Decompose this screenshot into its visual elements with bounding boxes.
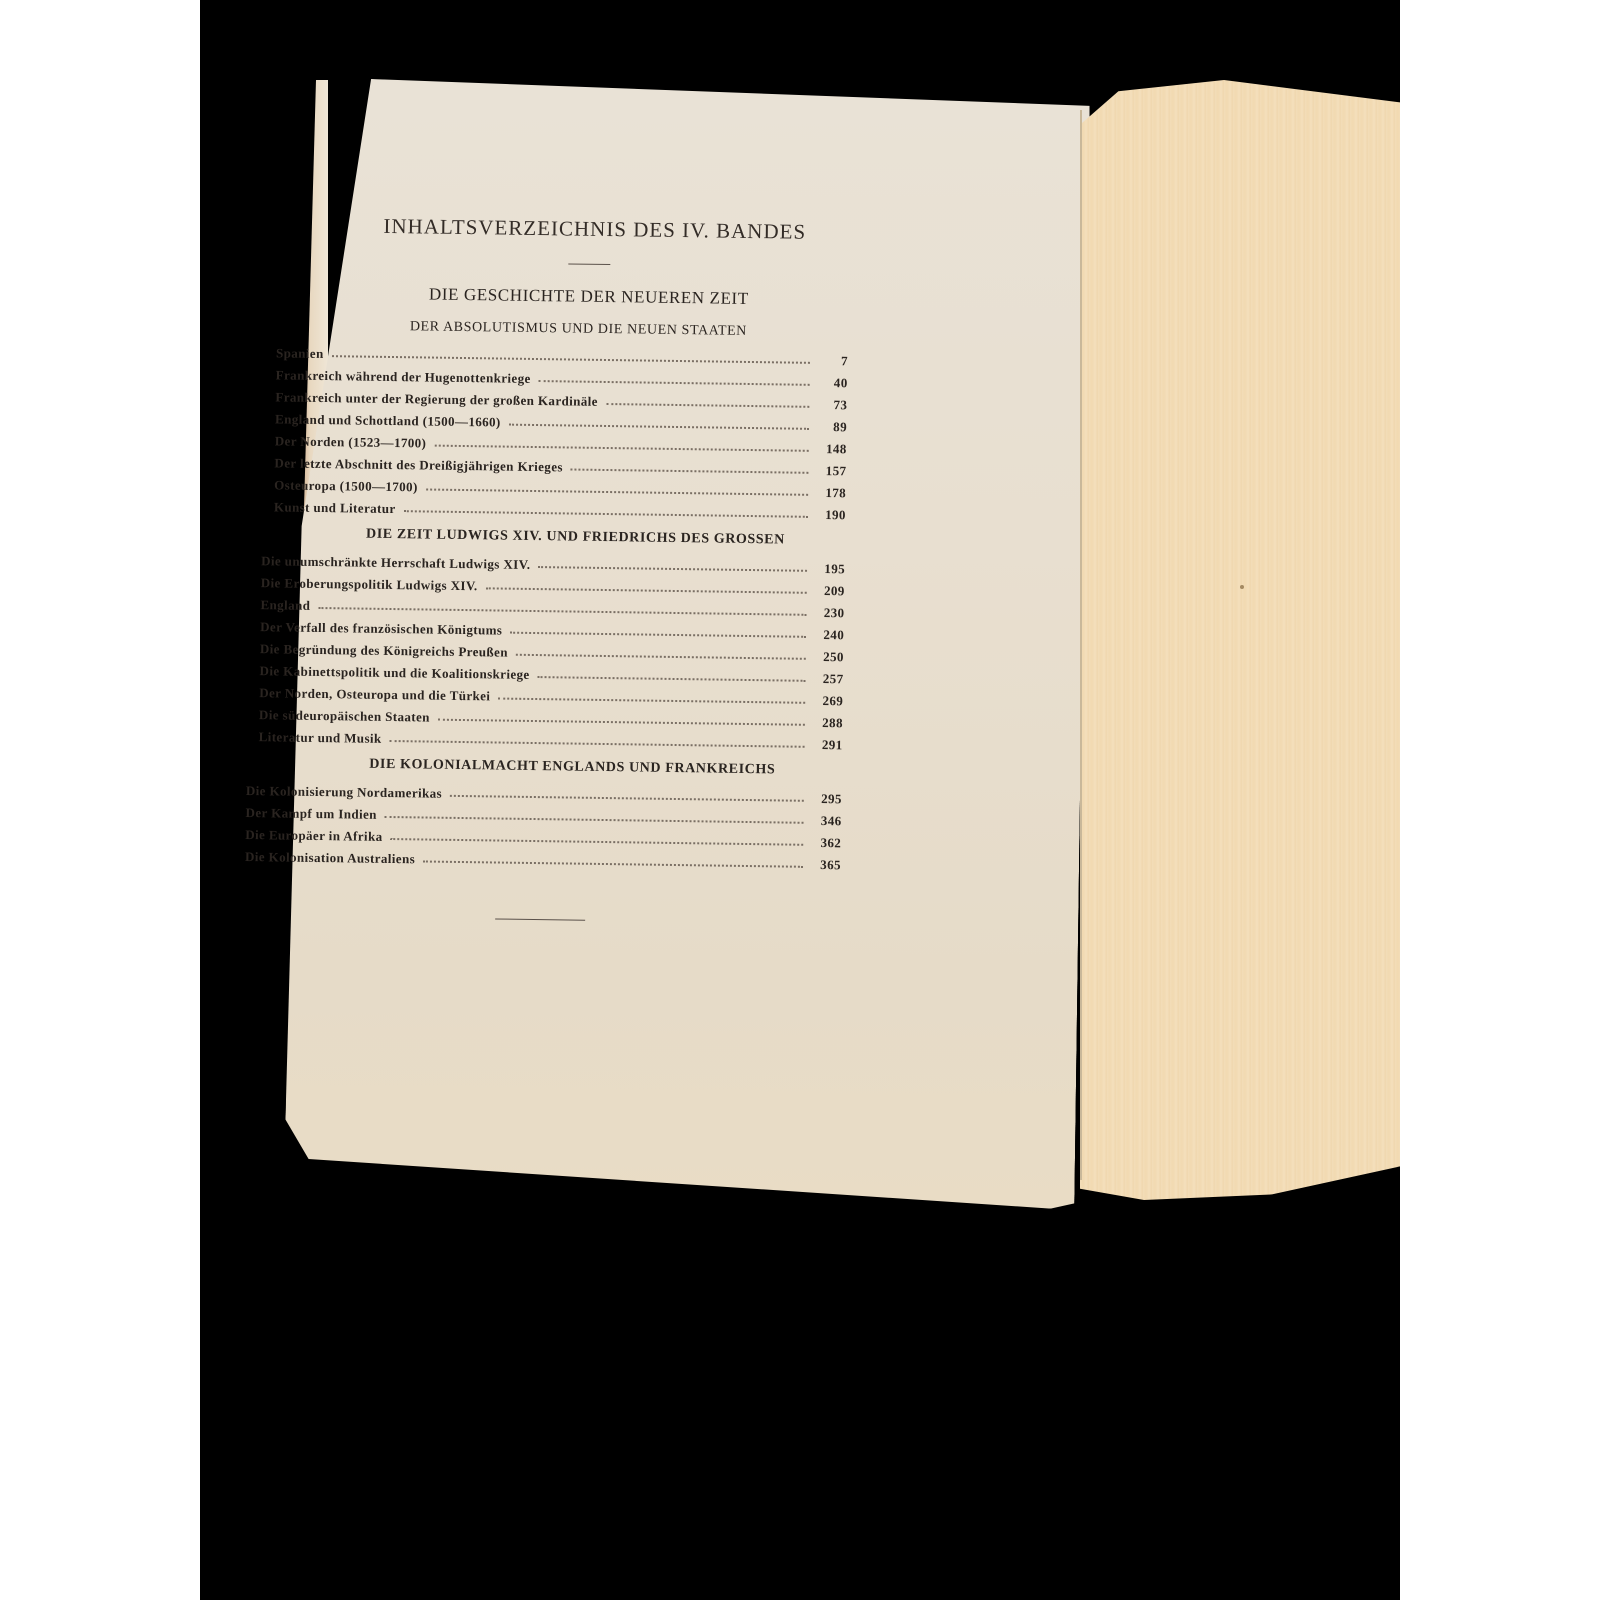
entry-page: 250: [812, 649, 844, 665]
dot-leader: [390, 739, 805, 748]
entry-page: 190: [814, 507, 846, 523]
toc-list: Spanien7 Frankreich während der Hugenott…: [246, 339, 848, 523]
toc-section-kolonialmacht: DIE KOLONIALMACHT ENGLANDS UND FRANKREIC…: [241, 755, 842, 873]
toc-section-ludwig-friedrich: DIE ZEIT LUDWIGS XIV. UND FRIEDRICHS DES…: [243, 525, 846, 753]
book-gutter: [1080, 110, 1082, 1180]
entry-page: 89: [815, 419, 847, 435]
dot-leader: [538, 565, 807, 572]
dot-leader: [404, 509, 808, 518]
entry-page: 148: [815, 441, 847, 457]
part-heading: DIE GESCHICHTE DER NEUEREN ZEIT: [289, 283, 889, 311]
entry-page: 346: [809, 813, 841, 829]
entry-page: 157: [814, 463, 846, 479]
dot-leader: [385, 815, 804, 824]
entry-page: 178: [814, 485, 846, 501]
entry-page: 209: [813, 583, 845, 599]
entry-title: Osteuropa (1500—1700): [274, 477, 418, 495]
dot-leader: [538, 675, 806, 682]
dot-leader: [438, 718, 805, 726]
entry-page: 288: [811, 715, 843, 731]
entry-title: Die Europäer in Afrika: [245, 827, 382, 845]
entry-title: Die Kolonisation Australiens: [245, 849, 415, 867]
entry-page: 230: [812, 605, 844, 621]
entry-page: 291: [811, 737, 843, 753]
entry-page: 362: [809, 835, 841, 851]
entry-page: 195: [813, 561, 845, 577]
right-page: [1080, 80, 1400, 1200]
entry-title: Der Kampf um Indien: [245, 805, 376, 823]
entry-page: 269: [811, 693, 843, 709]
dot-leader: [510, 631, 806, 638]
section-heading: DIE ZEIT LUDWIGS XIV. UND FRIEDRICHS DES…: [275, 525, 875, 549]
entry-page: 365: [809, 857, 841, 873]
entry-title: Die Kolonisierung Nordamerikas: [246, 783, 442, 802]
entry-page: 240: [812, 627, 844, 643]
dot-leader: [434, 444, 808, 452]
dot-leader: [390, 837, 803, 846]
dot-leader: [606, 402, 809, 408]
entry-title: Der Norden, Osteuropa und die Türkei: [259, 685, 490, 704]
paper-speck: [1240, 585, 1244, 589]
dot-leader: [423, 859, 803, 867]
entry-page: 40: [816, 375, 848, 391]
dot-leader: [509, 423, 809, 430]
dot-leader: [516, 653, 806, 660]
entry-page: 295: [810, 791, 842, 807]
toc-list: Die Kolonisierung Nordamerikas295 Der Ka…: [241, 777, 842, 873]
dot-leader: [571, 468, 809, 474]
dot-leader: [426, 487, 808, 495]
entry-title: England: [260, 597, 310, 614]
dot-leader: [486, 586, 807, 593]
entry-title: Literatur und Musik: [259, 729, 382, 747]
toc-section-absolutismus: DER ABSOLUTISMUS UND DIE NEUEN STAATEN S…: [246, 317, 849, 523]
title-divider: [568, 263, 610, 265]
toc-list: Die unumschränkte Herrschaft Ludwigs XIV…: [243, 547, 846, 753]
section-heading: DIE KOLONIALMACHT ENGLANDS UND FRANKREIC…: [272, 755, 872, 779]
entry-title: Der Norden (1523—1700): [275, 433, 427, 451]
entry-page: 73: [815, 397, 847, 413]
dot-leader: [498, 697, 805, 704]
section-heading: DER ABSOLUTISMUS UND DIE NEUEN STAATEN: [278, 317, 878, 341]
dot-leader: [450, 794, 804, 802]
entry-title: Die Eroberungspolitik Ludwigs XIV.: [261, 575, 478, 594]
entry-title: Kunst und Literatur: [274, 499, 396, 517]
entry-title: Die südeuropäischen Staaten: [259, 707, 430, 725]
entry-title: Spanien: [276, 345, 324, 362]
entry-page: 257: [811, 671, 843, 687]
entry-title: England und Schottland (1500—1660): [275, 411, 501, 430]
dot-leader: [539, 379, 810, 386]
entry-title: Der Verfall des französischen Königtums: [260, 619, 502, 638]
table-of-contents: INHALTSVERZEICHNIS DES IV. BANDES DIE GE…: [240, 212, 850, 924]
entry-page: 7: [816, 353, 848, 369]
